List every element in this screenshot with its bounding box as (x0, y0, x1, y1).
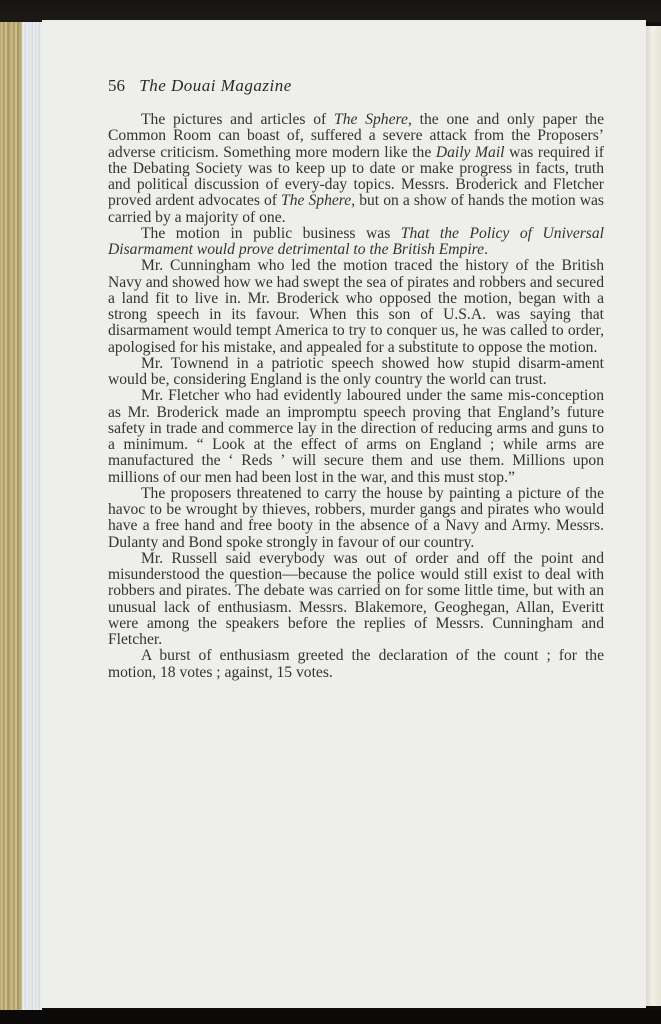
paragraph: Mr. Townend in a patriotic speech showed… (108, 356, 604, 389)
page-stack-right (646, 26, 661, 1006)
text-run: The motion in public business was (141, 225, 401, 242)
italic-title: The Sphere (281, 192, 351, 209)
page-stack-left (22, 22, 42, 1010)
text-run: A burst of enthusiasm greeted the declar… (108, 647, 604, 680)
gilt-page-edge (0, 22, 22, 1010)
text-run: The proposers threatened to carry the ho… (108, 485, 604, 551)
italic-title: Daily Mail (436, 144, 505, 161)
running-head: 56 The Douai Magazine (108, 76, 292, 96)
paragraph: The pictures and articles of The Sphere,… (108, 112, 604, 226)
book-bottom-edge (0, 1010, 661, 1024)
text-run: The pictures and articles of (141, 111, 334, 128)
text-run: Mr. Townend in a patriotic speech showed… (108, 355, 604, 388)
text-run: Mr. Cunningham who led the motion traced… (108, 257, 604, 355)
publication-title: The Douai Magazine (139, 76, 292, 95)
text-run: . (484, 241, 488, 258)
paragraph: The proposers threatened to carry the ho… (108, 486, 604, 551)
paragraph: Mr. Cunningham who led the motion traced… (108, 258, 604, 356)
paragraph: Mr. Fletcher who had evidently laboured … (108, 388, 604, 486)
page-number: 56 (108, 76, 125, 95)
italic-title: The Sphere (334, 111, 408, 128)
text-run: Mr. Fletcher who had evidently laboured … (108, 387, 604, 485)
article-body: The pictures and articles of The Sphere,… (108, 112, 604, 681)
book-top-edge (0, 0, 661, 22)
text-run: Mr. Russell said everybody was out of or… (108, 550, 604, 648)
paragraph: The motion in public business was That t… (108, 226, 604, 259)
paragraph: A burst of enthusiasm greeted the declar… (108, 648, 604, 681)
paragraph: Mr. Russell said everybody was out of or… (108, 551, 604, 649)
